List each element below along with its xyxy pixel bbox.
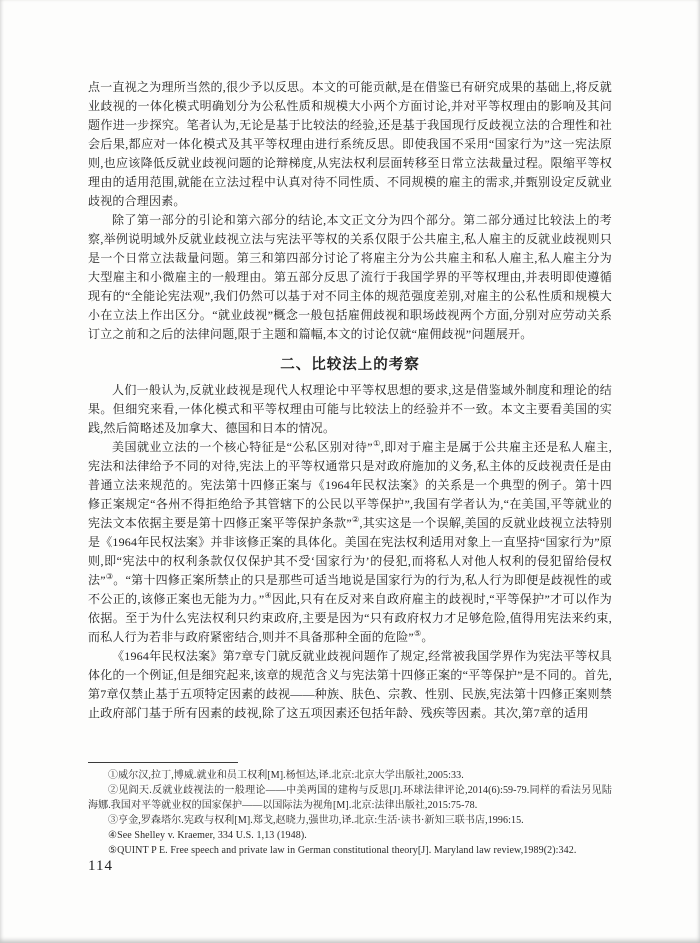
- paragraph-civil-rights-act: 《1964年民权法案》第7章专门就反就业歧视问题作了规定,经常被我国学界作为宪法…: [88, 647, 612, 723]
- footnote-item: ②见阎天.反就业歧视法的一般理论——中美两国的建构与反思[J].环球法律评论,2…: [88, 783, 612, 813]
- footnote-item: ①威尔汉,拉丁,博威.就业和员工权利[M].杨恒达,译.北京:北京大学出版社,2…: [88, 768, 612, 783]
- paragraph-intro-continuation: 点一直视之为理所当然的,很少予以反思。本文的可能贡献,是在借鉴已有研究成果的基础…: [88, 78, 612, 211]
- section-heading: 二、比较法上的考察: [88, 353, 612, 374]
- article-body: 点一直视之为理所当然的,很少予以反思。本文的可能贡献,是在借鉴已有研究成果的基础…: [88, 78, 612, 762]
- footnote-item: ③亨金,罗森塔尔.宪政与权利[M].郑戈,赵晓力,强世功,译.北京:生活·读书·…: [88, 813, 612, 828]
- paragraph-structure-overview: 除了第一部分的引论和第六部分的结论,本文正文分为四个部分。第二部分通过比较法上的…: [88, 211, 612, 344]
- paragraph-us-practice: 美国就业立法的一个核心特征是“公私区别对待”①,即对于雇主是属于公共雇主还是私人…: [88, 438, 612, 647]
- page-number: 114: [88, 858, 113, 875]
- footnote-section: ①威尔汉,拉丁,博威.就业和员工权利[M].杨恒达,译.北京:北京大学出版社,2…: [88, 762, 612, 858]
- footnote-divider: [88, 762, 238, 763]
- footnote-item: ⑤QUINT P E. Free speech and private law …: [88, 843, 612, 858]
- footnote-item: ④See Shelley v. Kraemer, 334 U.S. 1,13 (…: [88, 828, 612, 843]
- scanned-paper-page: 点一直视之为理所当然的,很少予以反思。本文的可能贡献,是在借鉴已有研究成果的基础…: [0, 0, 700, 943]
- paragraph-section2-intro: 人们一般认为,反就业歧视是现代人权理论中平等权思想的要求,这是借鉴域外制度和理论…: [88, 381, 612, 438]
